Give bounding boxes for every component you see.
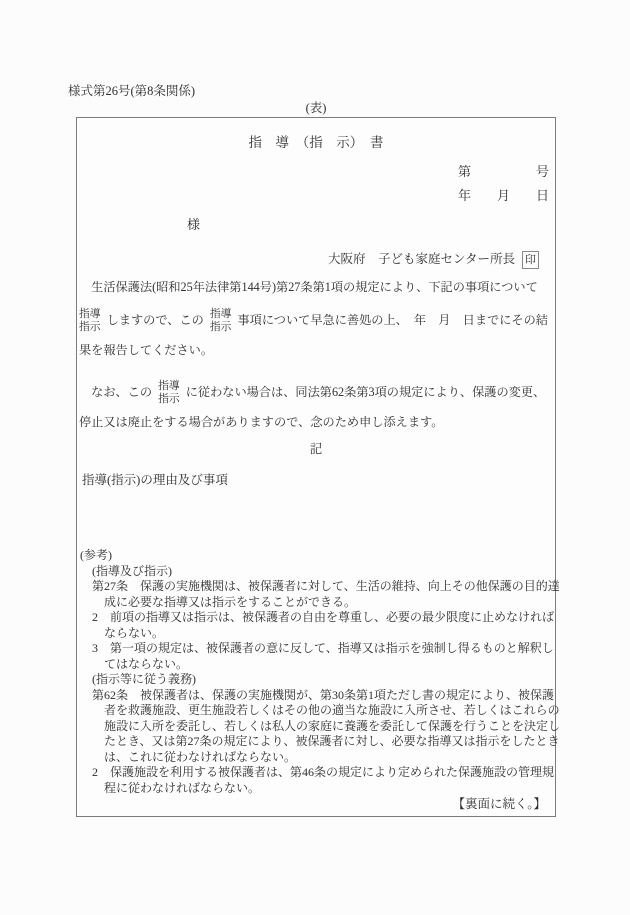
paragraph-instruction: 指導指示しますので、この指導指示事項について早急に善処の上、 年 月 日までにそ… [77, 305, 555, 365]
stack-top-label: 指導 [158, 380, 180, 393]
reference-line: 2 保護施設を利用する被保護者は、第46条の規定により定められた保護施設の管理規 [80, 765, 555, 781]
reference-line: 者を救護施設、更生施設若しくはその他の適当な施設に入所させ、若しくはこれらの [80, 703, 555, 719]
stack-bottom-label: 指示 [79, 321, 101, 334]
front-side-label: (表) [76, 101, 556, 116]
stack-bottom-label: 指示 [210, 321, 232, 334]
reference-line: 第27条 保護の実施機関は、被保護者に対して、生活の維持、向上その他保護の目的達 [80, 579, 555, 595]
document-page: 様式第26号(第8条関係) (表) 指 導 （指 示） 書 第 号 年 月 日 … [0, 0, 630, 915]
continue-on-back-note: 【裏面に続く。】 [77, 797, 555, 812]
reference-line: (指導及び指示) [80, 564, 555, 580]
reference-line: 第62条 被保護者は、保護の実施機関が、第30条第1項ただし書の規定により、被保… [80, 688, 555, 704]
stacked-guidance-instruction-label: 指導指示 [158, 380, 180, 406]
stacked-guidance-instruction-label: 指導指示 [79, 308, 101, 334]
paragraph-instruction-text-a: しますので、この [107, 313, 204, 327]
paragraph-warning: なお、この指導指示に従わない場合は、同法第62条第3項の規定により、保護の変更、… [77, 377, 555, 437]
reference-line: 3 第一項の規定は、被保護者の意に反して、指導又は指示を強制し得るものと解釈し [80, 641, 555, 657]
reference-line: 成に必要な指導又は指示をすることができる。 [80, 595, 555, 611]
seal-mark: 印 [522, 251, 539, 269]
stack-top-label: 指導 [79, 308, 101, 321]
reference-line: (参考) [80, 548, 555, 564]
reference-line: たとき、又は第27条の規定により、被保護者に対し、必要な指導又は指示をしたとき [80, 734, 555, 750]
reference-line: てはならない。 [80, 657, 555, 673]
reason-heading: 指導(指示)の理由及び事項 [77, 472, 555, 488]
document-title: 指 導 （指 示） 書 [77, 134, 555, 152]
stack-bottom-label: 指示 [158, 393, 180, 406]
reference-line: (指示等に従う義務) [80, 672, 555, 688]
document-frame: 指 導 （指 示） 書 第 号 年 月 日 様 大阪府 子ども家庭センター所長印… [76, 117, 556, 817]
issuer-line: 大阪府 子ども家庭センター所長印 [77, 250, 555, 269]
paragraph-warning-text-a: なお、この [79, 385, 152, 399]
stack-top-label: 指導 [210, 308, 232, 321]
stacked-guidance-instruction-label: 指導指示 [210, 308, 232, 334]
date-line: 年 月 日 [77, 188, 555, 204]
reference-line: ならない。 [80, 626, 555, 642]
addressee-honorific: 様 [77, 217, 555, 233]
reference-line: 2 前項の指導又は指示は、被保護者の自由を尊重し、必要の最少限度に止めなければ [80, 610, 555, 626]
reference-line: 施設に入所を委託し、若しくは私人の家庭に養護を委託して保護を行うことを決定し [80, 719, 555, 735]
paragraph-legal-basis: 生活保護法(昭和25年法律第144号)第27条第1項の規定により、下記の事項につ… [77, 279, 555, 295]
document-number-line: 第 号 [77, 164, 555, 180]
reference-line: 程に従わなければならない。 [80, 781, 555, 797]
issuer-title: 大阪府 子ども家庭センター所長 [328, 252, 515, 266]
reference-line: は、これに従わなければならない。 [80, 750, 555, 766]
reference-section: (参考) (指導及び指示) 第27条 保護の実施機関は、被保護者に対して、生活の… [77, 548, 555, 796]
record-heading: 記 [77, 441, 555, 457]
form-number: 様式第26号(第8条関係) [68, 84, 195, 99]
